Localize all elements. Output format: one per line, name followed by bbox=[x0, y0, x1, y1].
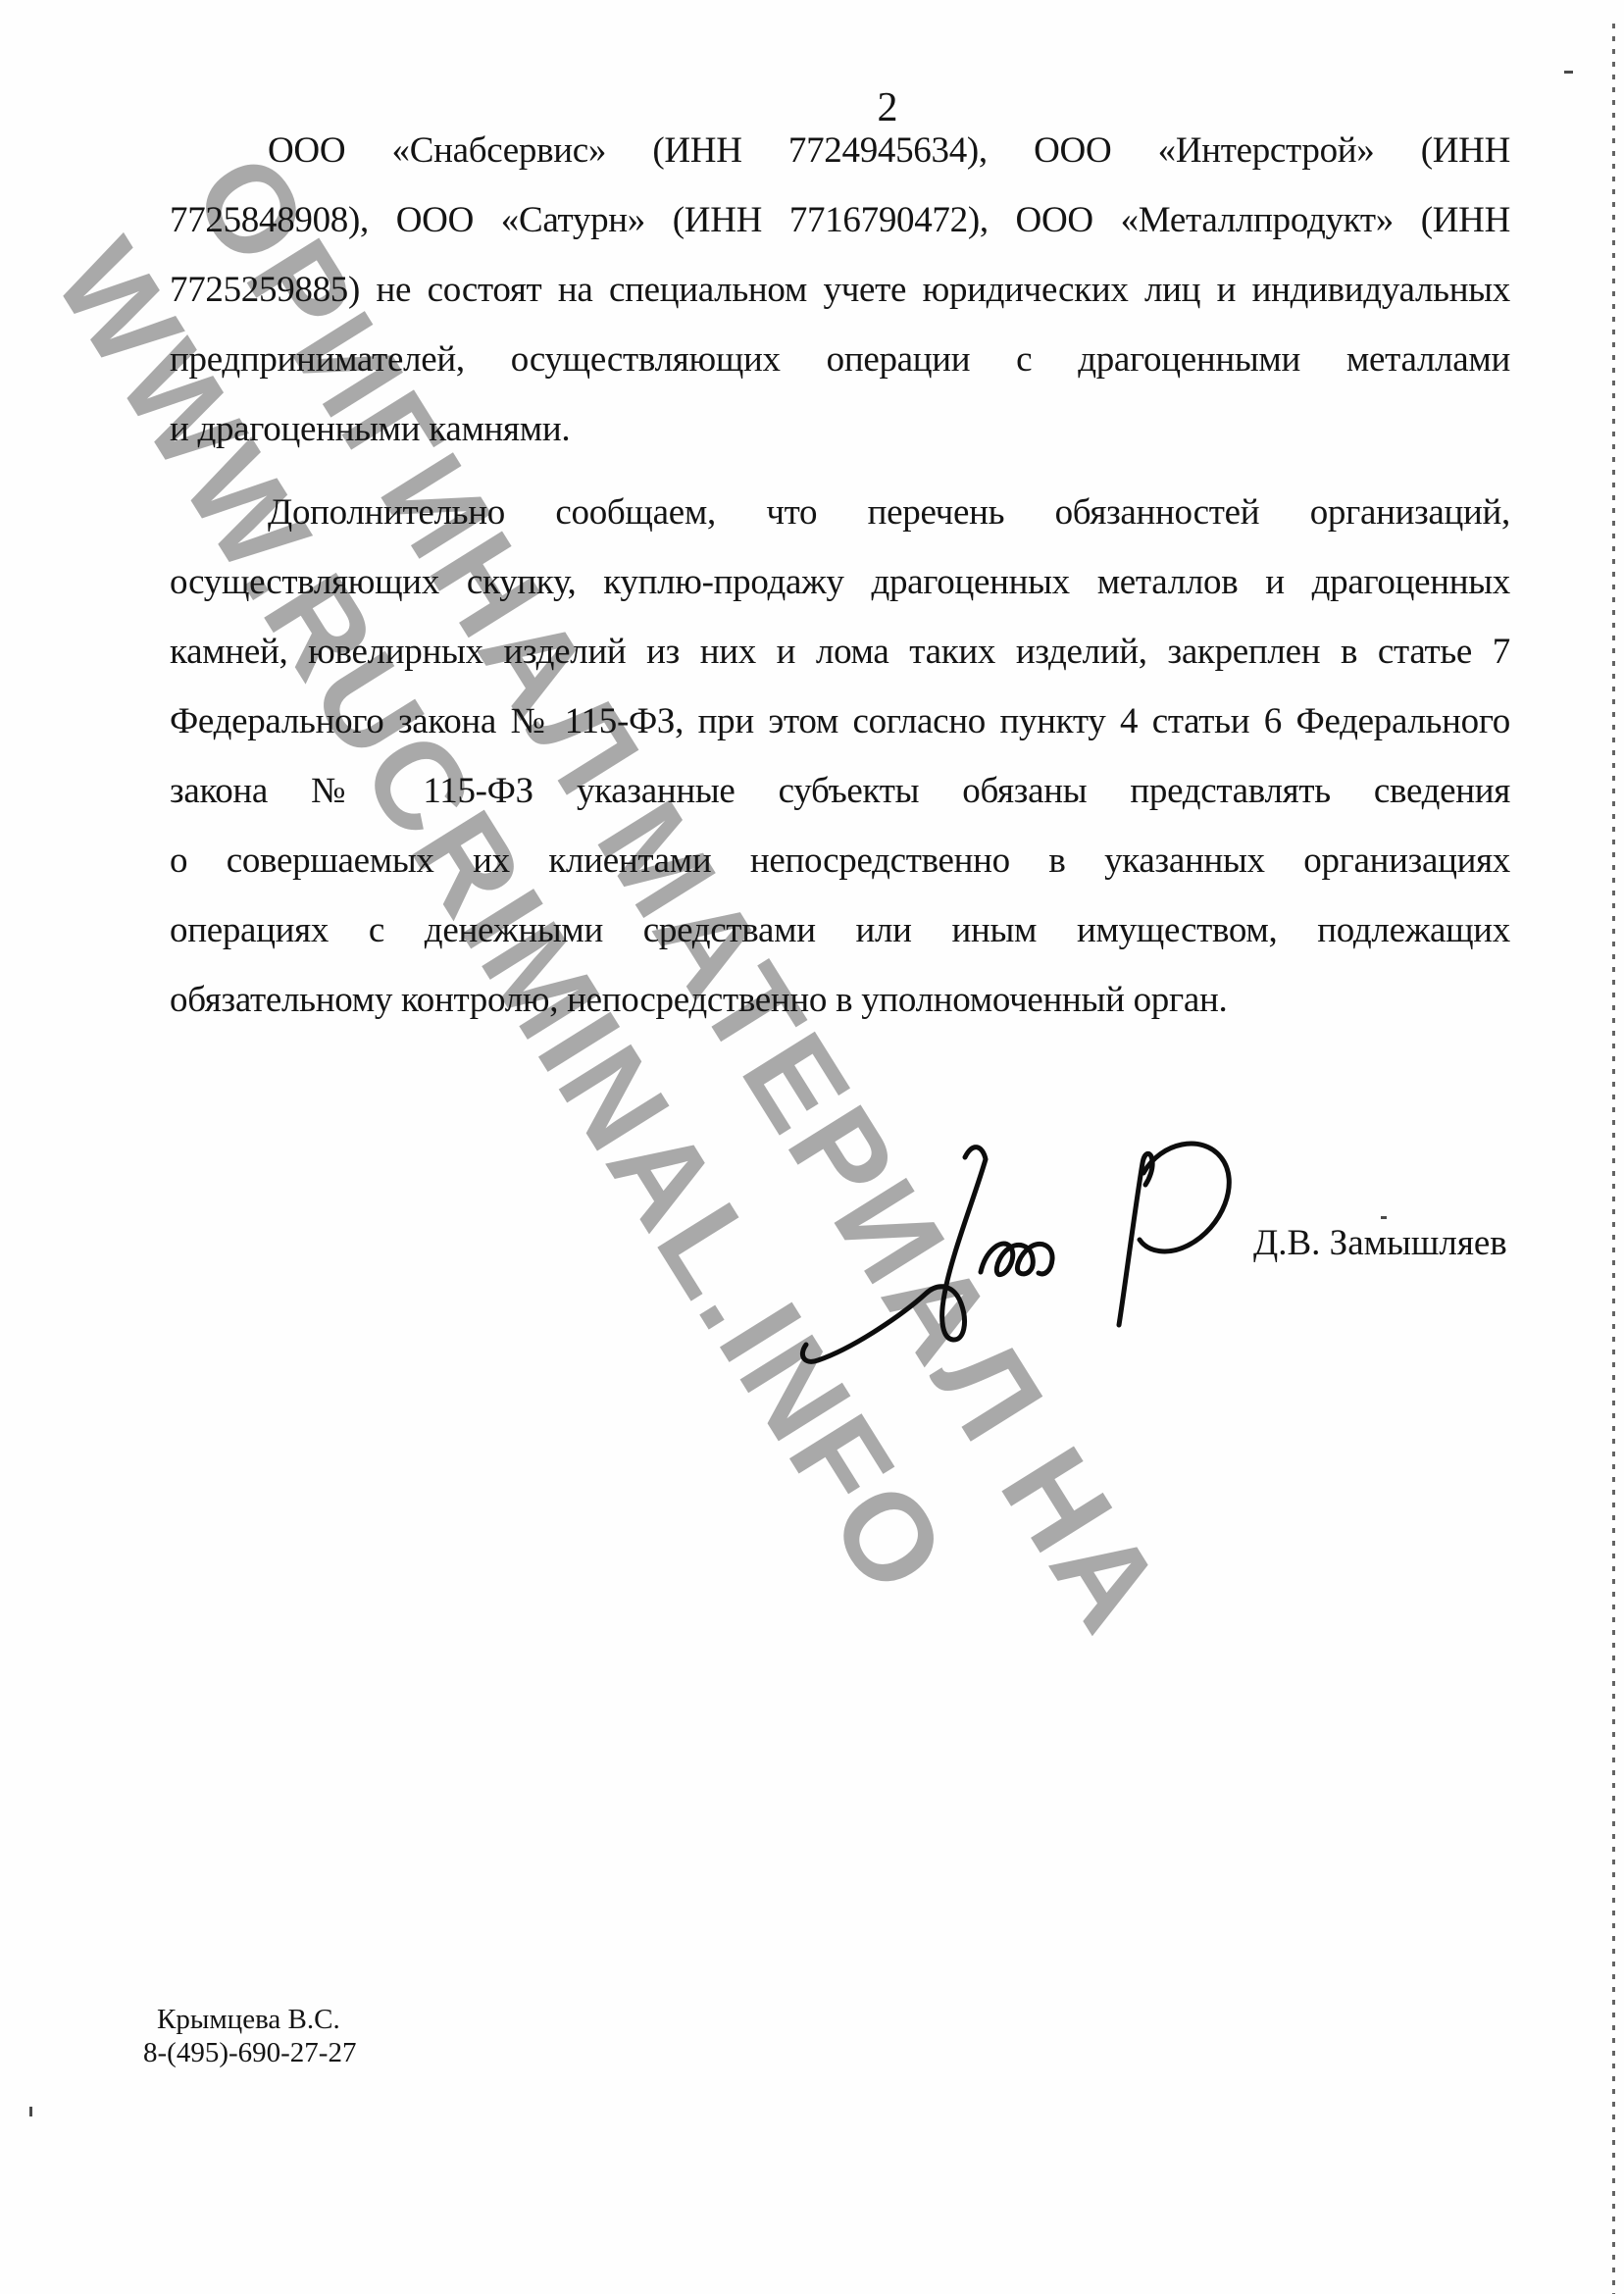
text-line: и драгоценными камнями. bbox=[170, 394, 1510, 464]
footer-phone: 8-(495)-690-27-27 bbox=[143, 2036, 356, 2069]
text-line: предпринимателей, осуществляющих операци… bbox=[170, 325, 1510, 394]
handwritten-signature bbox=[794, 1136, 1236, 1381]
text-line: 7725259885) не состоят на специальном уч… bbox=[170, 255, 1510, 325]
text-line: ООО «Снабсервис» (ИНН 7724945634), ООО «… bbox=[170, 116, 1510, 185]
text-line: закона № 115-ФЗ указанные субъекты обяза… bbox=[170, 756, 1510, 826]
scan-speck bbox=[29, 2107, 32, 2116]
body-text: ООО «Снабсервис» (ИНН 7724945634), ООО «… bbox=[170, 116, 1510, 1035]
text-line: Федерального закона № 115-ФЗ, при этом с… bbox=[170, 687, 1510, 756]
paragraph: Дополнительно сообщаем, что перечень обя… bbox=[170, 478, 1510, 1035]
scan-speck bbox=[1564, 71, 1573, 74]
signer-name: Д.В. Замышляев bbox=[1253, 1222, 1507, 1264]
paragraph: ООО «Снабсервис» (ИНН 7724945634), ООО «… bbox=[170, 116, 1510, 464]
text-line: 7725848908), ООО «Сатурн» (ИНН 771679047… bbox=[170, 185, 1510, 255]
footer-contact-name: Крымцева В.С. bbox=[143, 2003, 356, 2036]
text-line: обязательному контролю, непосредственно … bbox=[170, 965, 1510, 1035]
scanned-letter-page: ОРИГИНАЛ МАТЕРИАЛ НА WWW.RUCRIMINAL.INFO… bbox=[0, 0, 1624, 2294]
text-line: операциях с денежными средствами или ины… bbox=[170, 895, 1510, 965]
scan-edge-dotted-line bbox=[1612, 24, 1615, 2294]
text-line: о совершаемых их клиентами непосредствен… bbox=[170, 826, 1510, 895]
text-line: камней, ювелирных изделий из них и лома … bbox=[170, 617, 1510, 687]
text-line: осуществляющих скупку, куплю-продажу дра… bbox=[170, 547, 1510, 617]
footer-contact-block: Крымцева В.С. 8-(495)-690-27-27 bbox=[143, 2003, 356, 2069]
text-line: Дополнительно сообщаем, что перечень обя… bbox=[170, 478, 1510, 547]
scan-speck bbox=[1381, 1216, 1387, 1219]
